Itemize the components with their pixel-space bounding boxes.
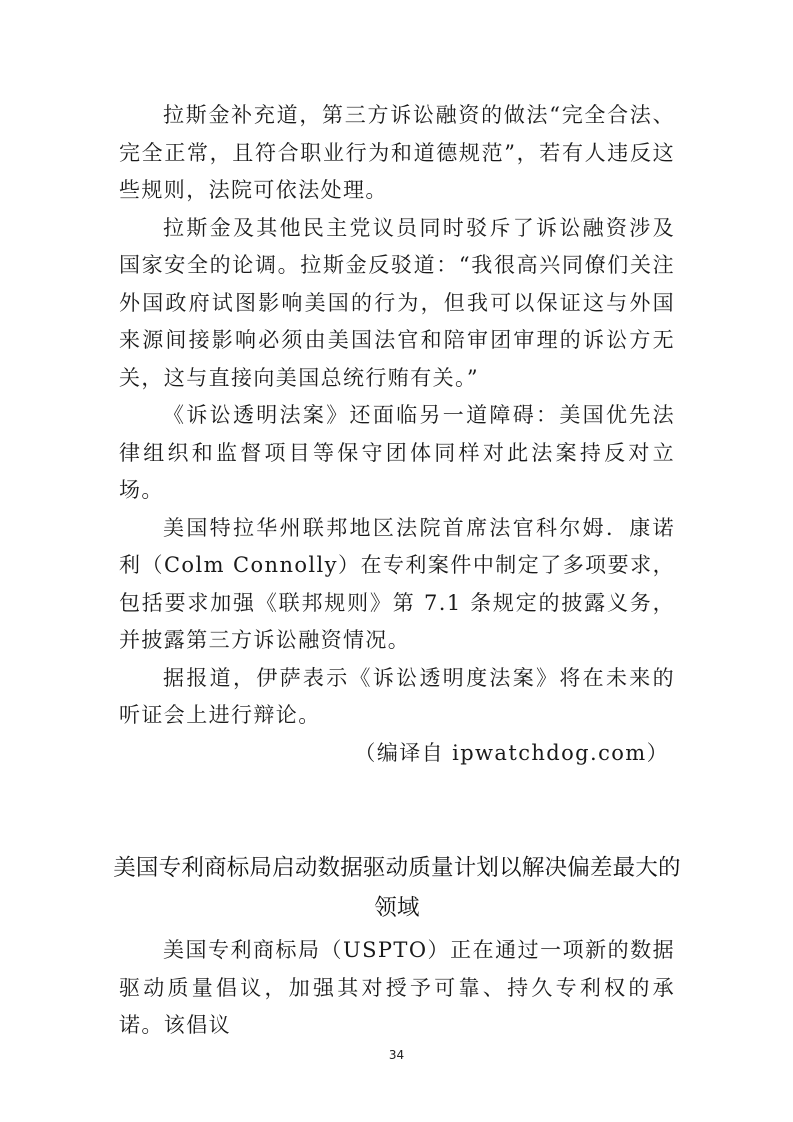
paragraph: 拉斯金补充道，第三方诉讼融资的做法“完全合法、完全正常，且符合职业行为和道德规范… [119, 97, 675, 210]
paragraph: 《诉讼透明法案》还面临另一道障碍：美国优先法律组织和监督项目等保守团体同样对此法… [119, 397, 675, 510]
paragraph: 美国特拉华州联邦地区法院首席法官科尔姆．康诺利（Colm Connolly）在专… [119, 510, 675, 660]
article-2-heading: 美国专利商标局启动数据驱动质量计划以解决偏差最大的领域 [110, 848, 684, 928]
source-attribution: （编译自 ipwatchdog.com） [119, 735, 675, 773]
page-number: 34 [0, 1048, 793, 1062]
document-page: 拉斯金补充道，第三方诉讼融资的做法“完全合法、完全正常，且符合职业行为和道德规范… [0, 0, 793, 1122]
article-2-body: 美国专利商标局（USPTO）正在通过一项新的数据驱动质量倡议，加强其对授予可靠、… [119, 932, 675, 1045]
paragraph: 据报道，伊萨表示《诉讼透明度法案》将在未来的听证会上进行辩论。 [119, 660, 675, 735]
article-1-body: 拉斯金补充道，第三方诉讼融资的做法“完全合法、完全正常，且符合职业行为和道德规范… [119, 97, 675, 772]
paragraph: 美国专利商标局（USPTO）正在通过一项新的数据驱动质量倡议，加强其对授予可靠、… [119, 932, 675, 1045]
paragraph: 拉斯金及其他民主党议员同时驳斥了诉讼融资涉及国家安全的论调。拉斯金反驳道：“我很… [119, 210, 675, 398]
